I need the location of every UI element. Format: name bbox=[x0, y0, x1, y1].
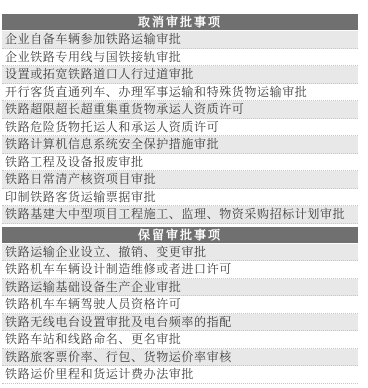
table-row: 铁路运输企业设立、撤销、变更审批 bbox=[2, 244, 358, 262]
section-header-retained: 保留审批事项 bbox=[2, 227, 358, 244]
table-row: 铁路机车车辆驾驶人员资格许可 bbox=[2, 296, 358, 314]
section-rows-cancelled: 企业自备车辆参加铁路运输审批企业铁路专用线与国铁接轨审批设置或拓宽铁路道口人行过… bbox=[2, 31, 358, 224]
table-row: 铁路车站和线路命名、更名审批 bbox=[2, 331, 358, 349]
table-row: 铁路无线电台设置审批及电台频率的指配 bbox=[2, 314, 358, 332]
table-row: 铁路机车车辆设计制造维修或者进口许可 bbox=[2, 261, 358, 279]
section-rows-retained: 铁路运输企业设立、撤销、变更审批铁路机车车辆设计制造维修或者进口许可铁路运输基础… bbox=[2, 244, 358, 384]
table-row: 铁路超限超长超重集重货物承运人资质许可 bbox=[2, 101, 358, 119]
table-row: 铁路危险货物托运人和承运人资质许可 bbox=[2, 119, 358, 137]
table-row: 企业铁路专用线与国铁接轨审批 bbox=[2, 49, 358, 67]
table-row: 开行客货直通列车、办理军事运输和特殊货物运输审批 bbox=[2, 84, 358, 102]
section-cancelled-approvals: 取消审批事项 企业自备车辆参加铁路运输审批企业铁路专用线与国铁接轨审批设置或拓宽… bbox=[2, 14, 358, 224]
section-header-cancelled: 取消审批事项 bbox=[2, 14, 358, 31]
table-row: 铁路旅客票价率、行包、货物运价率审核 bbox=[2, 349, 358, 367]
table-row: 企业自备车辆参加铁路运输审批 bbox=[2, 31, 358, 49]
approval-items-table: 取消审批事项 企业自备车辆参加铁路运输审批企业铁路专用线与国铁接轨审批设置或拓宽… bbox=[2, 14, 358, 384]
table-row: 铁路基建大中型项目工程施工、监理、物资采购招标计划审批 bbox=[2, 206, 358, 224]
table-row: 设置或拓宽铁路道口人行过道审批 bbox=[2, 66, 358, 84]
table-row: 铁路运输基础设备生产企业审批 bbox=[2, 279, 358, 297]
table-row: 印制铁路客货运输票据审批 bbox=[2, 189, 358, 207]
table-row: 铁路日常清产核资项目审批 bbox=[2, 171, 358, 189]
table-row: 铁路计算机信息系统安全保护措施审批 bbox=[2, 136, 358, 154]
table-row: 铁路运价里程和货运计费办法审批 bbox=[2, 366, 358, 384]
table-row: 铁路工程及设备报废审批 bbox=[2, 154, 358, 172]
section-retained-approvals: 保留审批事项 铁路运输企业设立、撤销、变更审批铁路机车车辆设计制造维修或者进口许… bbox=[2, 227, 358, 384]
